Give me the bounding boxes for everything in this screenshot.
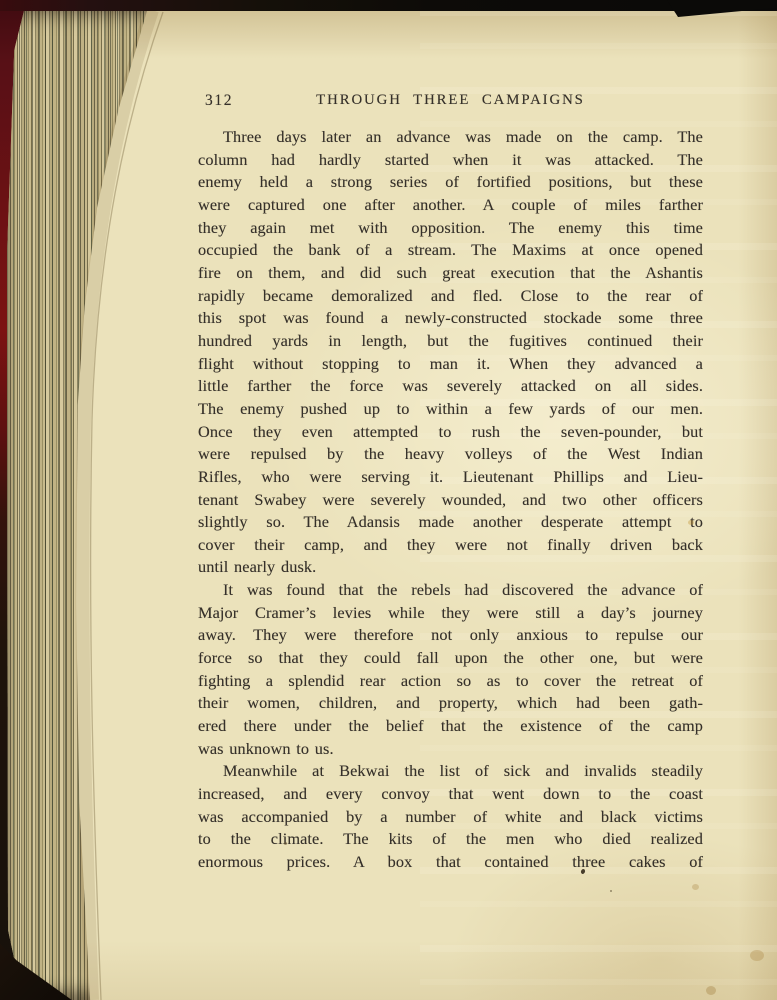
text-line: fighting a splendid rear action so as to… — [198, 670, 703, 693]
text-line: column had hardly started when it was at… — [198, 149, 703, 172]
top-edge-shadow — [0, 0, 777, 11]
text-line: fire on them, and did such great executi… — [198, 262, 703, 285]
text-line: was unknown to us. — [198, 738, 703, 761]
text-line: Rifles, who were serving it. Lieutenant … — [198, 466, 703, 489]
text-line: Major Cramer’s levies while they were st… — [198, 602, 703, 625]
text-line: away. They were therefore not only anxio… — [198, 624, 703, 647]
paragraph-2: It was found that the rebels had discove… — [198, 579, 703, 760]
paper-stain — [750, 950, 764, 961]
text-line: increased, and every convoy that went do… — [198, 783, 703, 806]
text-line: until nearly dusk. — [198, 556, 703, 579]
text-line: to the climate. The kits of the men who … — [198, 828, 703, 851]
text-line: hundred yards in length, but the fugitiv… — [198, 330, 703, 353]
text-line: Meanwhile at Bekwai the list of sick and… — [198, 760, 703, 783]
text-line: It was found that the rebels had discove… — [198, 579, 703, 602]
text-line: they again met with opposition. The enem… — [198, 217, 703, 240]
text-line: slightly so. The Adansis made another de… — [198, 511, 703, 534]
ink-speck — [284, 842, 287, 845]
paragraph-1: Three days later an advance was made on … — [198, 126, 703, 579]
running-title: THROUGH THREE CAMPAIGNS — [198, 92, 703, 109]
text-line: this spot was found a newly-constructed … — [198, 307, 703, 330]
paper-stain — [706, 986, 716, 995]
text-line: cover their camp, and they were not fina… — [198, 534, 703, 557]
page-number: 312 — [205, 92, 233, 110]
text-line: flight without stopping to man it. When … — [198, 353, 703, 376]
text-line: The enemy pushed up to within a few yard… — [198, 398, 703, 421]
text-line: was accompanied by a number of white and… — [198, 806, 703, 829]
page-text: Three days later an advance was made on … — [198, 126, 703, 874]
text-line: Three days later an advance was made on … — [198, 126, 703, 149]
text-line: occupied the bank of a stream. The Maxim… — [198, 239, 703, 262]
paragraph-3: Meanwhile at Bekwai the list of sick and… — [198, 760, 703, 873]
running-head: 312 THROUGH THREE CAMPAIGNS — [198, 92, 703, 112]
text-line: ered there under the belief that the exi… — [198, 715, 703, 738]
text-line: tenant Swabey were severely wounded, and… — [198, 489, 703, 512]
paper-stain — [688, 520, 694, 525]
text-line: rapidly became demoralized and fled. Clo… — [198, 285, 703, 308]
ink-speck — [610, 890, 612, 892]
text-line: their women, children, and property, whi… — [198, 692, 703, 715]
paper-stain — [692, 884, 699, 890]
text-line: were repulsed by the heavy volleys of th… — [198, 443, 703, 466]
text-line: Once they even attempted to rush the sev… — [198, 421, 703, 444]
text-line: enormous prices. A box that contained th… — [198, 851, 703, 874]
text-line: enemy held a strong series of fortified … — [198, 171, 703, 194]
text-line: force so that they could fall upon the o… — [198, 647, 703, 670]
book-scan: 312 THROUGH THREE CAMPAIGNS Three days l… — [0, 0, 777, 1000]
text-line: were captured one after another. A coupl… — [198, 194, 703, 217]
text-line: little farther the force was severely at… — [198, 375, 703, 398]
